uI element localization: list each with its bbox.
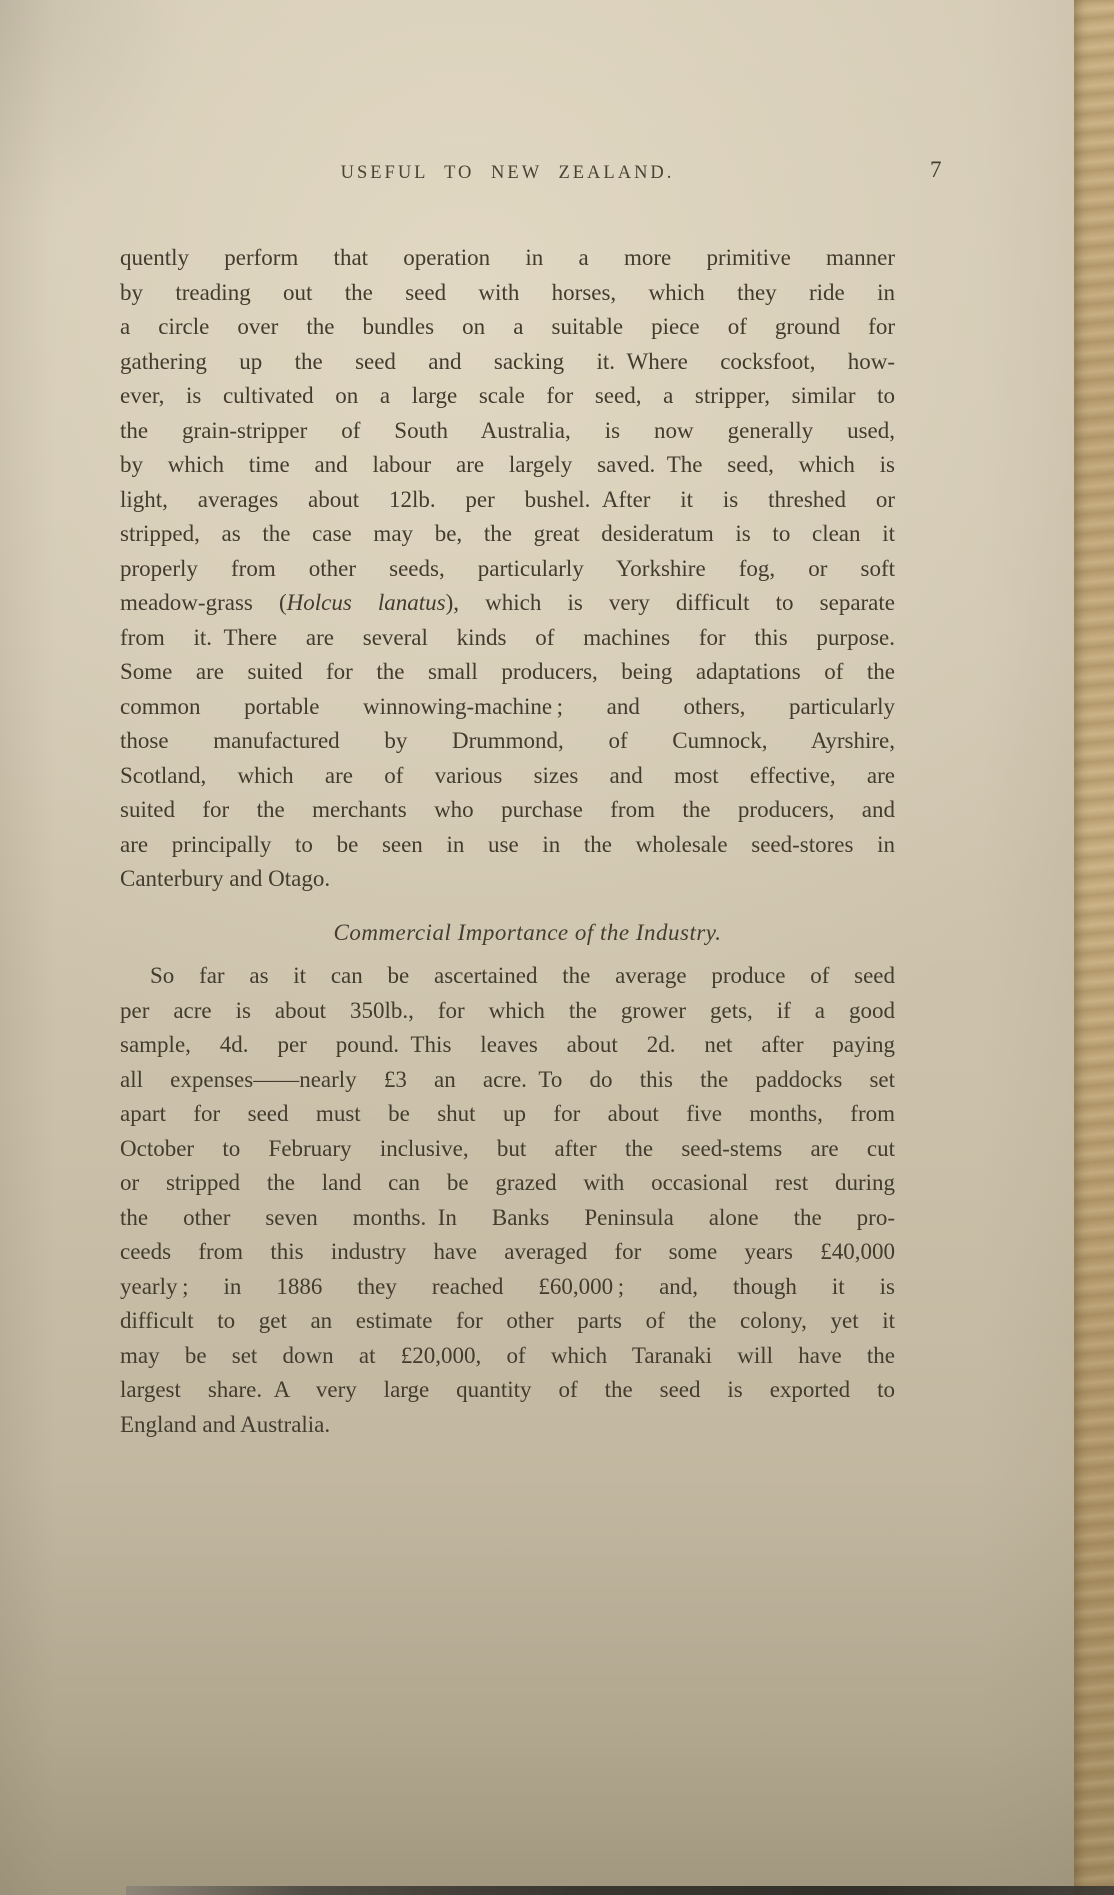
text-line: ever, is cultivated on a large scale for… (120, 379, 895, 414)
italic-latin-name: Holcus lanatus (287, 590, 446, 615)
text-line: by treading out the seed with horses, wh… (120, 276, 895, 311)
text-line: a circle over the bundles on a suitable … (120, 310, 895, 345)
text-line: or stripped the land can be grazed with … (120, 1166, 895, 1201)
text-line: October to February inclusive, but after… (120, 1132, 895, 1167)
text-line: the grain-stripper of South Australia, i… (120, 414, 895, 449)
paragraph-2: So far as it can be ascertained the aver… (120, 959, 895, 1442)
text-line: quently perform that operation in a more… (120, 241, 895, 276)
text-line: by which time and labour are largely sav… (120, 448, 895, 483)
text-segment: meadow-grass ( (120, 590, 287, 615)
text-line: England and Australia. (120, 1408, 895, 1443)
running-header: USEFUL TO NEW ZEALAND. (120, 158, 895, 188)
text-line: properly from other seeds, particularly … (120, 552, 895, 587)
text-line: Some are suited for the small producers,… (120, 655, 895, 690)
text-line: largest share. A very large quantity of … (120, 1373, 895, 1408)
text-line: yearly ; in 1886 they reached £60,000 ; … (120, 1270, 895, 1305)
text-line: those manufactured by Drummond, of Cumno… (120, 724, 895, 759)
text-line: Canterbury and Otago. (120, 862, 895, 897)
text-line: So far as it can be ascertained the aver… (120, 959, 895, 994)
text-line: from it. There are several kinds of mach… (120, 621, 895, 656)
scanned-book-page: USEFUL TO NEW ZEALAND. 7 quently perform… (0, 0, 1114, 1895)
paragraph-1: quently perform that operation in a more… (120, 241, 895, 897)
text-line: sample, 4d. per pound. This leaves about… (120, 1028, 895, 1063)
page-number: 7 (930, 155, 942, 185)
text-line: may be set down at £20,000, of which Tar… (120, 1339, 895, 1374)
text-line: meadow-grass (Holcus lanatus), which is … (120, 586, 895, 621)
text-line: light, averages about 12lb. per bushel. … (120, 483, 895, 518)
text-line: all expenses——nearly £3 an acre. To do t… (120, 1063, 895, 1098)
text-line: gathering up the seed and sacking it. Wh… (120, 345, 895, 380)
text-line: per acre is about 350lb., for which the … (120, 994, 895, 1029)
text-line: are principally to be seen in use in the… (120, 828, 895, 863)
text-line: suited for the merchants who purchase fr… (120, 793, 895, 828)
scan-edge-strip (126, 1886, 1114, 1895)
section-heading: Commercial Importance of the Industry. (140, 916, 915, 951)
text-segment: ), which is very difficult to separate (446, 590, 895, 615)
text-line: stripped, as the case may be, the great … (120, 517, 895, 552)
text-line: common portable winnowing-machine ; and … (120, 690, 895, 725)
text-line: apart for seed must be shut up for about… (120, 1097, 895, 1132)
text-line: ceeds from this industry have averaged f… (120, 1235, 895, 1270)
text-line: Scotland, which are of various sizes and… (120, 759, 895, 794)
book-page-edge (1074, 0, 1114, 1895)
text-line: the other seven months. In Banks Peninsu… (120, 1201, 895, 1236)
text-line: difficult to get an estimate for other p… (120, 1304, 895, 1339)
